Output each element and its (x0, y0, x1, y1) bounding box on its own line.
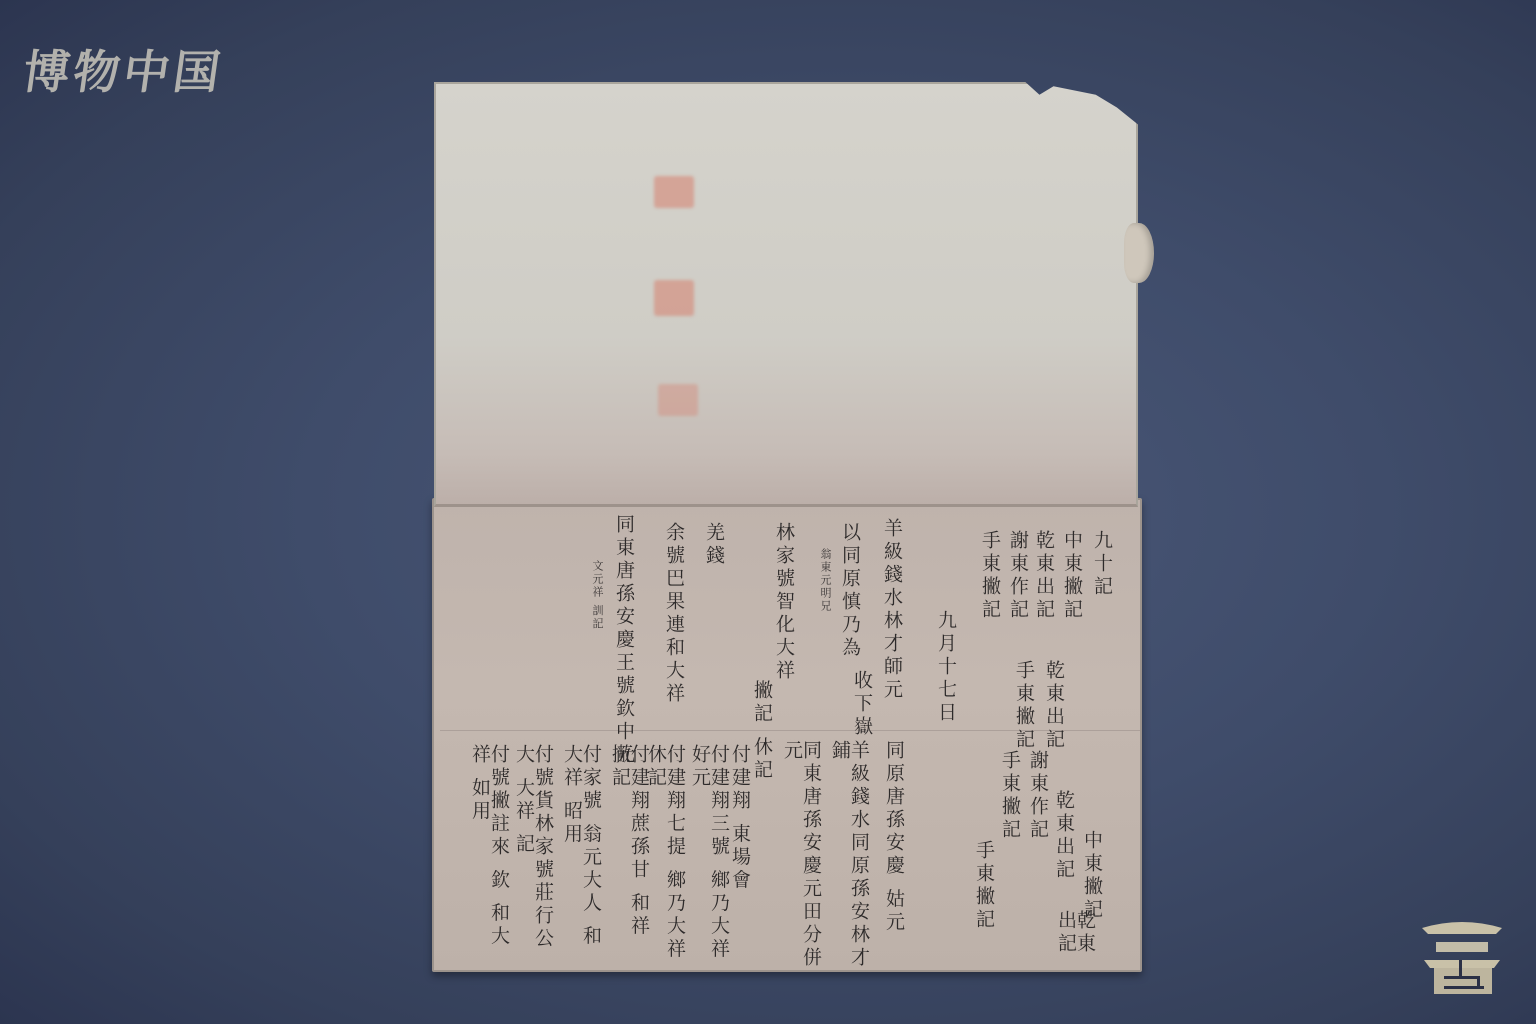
ledger-entry: 手東撇記 (980, 530, 999, 622)
ledger-entry: 同原唐孫安慶 姑元 (884, 740, 903, 934)
ledger-entry: 同東唐孫安慶王號欽中元 (614, 514, 633, 767)
watermark-brand: 博物中国 (19, 36, 228, 102)
ledger-entry: 手東撇記 (974, 840, 993, 932)
ledger-entry: 乾東出記 (1056, 910, 1094, 970)
ledger-entry: 林家號智化大祥 (774, 522, 793, 683)
upper-folded-page (434, 82, 1138, 507)
ledger-entry: 付建翔 東場會 (730, 744, 749, 892)
ledger-entry: 謝東作記 (1008, 530, 1027, 622)
ledger-entry: 手東撇記 (1000, 750, 1019, 842)
ledger-entry: 余號巴果連和大祥 (664, 522, 683, 706)
ledger-entry: 乾東出記 (1044, 660, 1063, 752)
ledger-book: 九十記 中東撇記 乾東出記 謝東作記 手東撇記 乾東出記 手東撇記 九月十七日 … (428, 78, 1144, 978)
ledger-entry: 羊級錢水林才師元 (882, 518, 901, 702)
ledger-entry: 九十記 (1092, 530, 1111, 599)
ledger-entry: 付號貨林家號莊行公大 大祥 記 (514, 744, 552, 970)
ledger-entry: 九月十七日 (936, 610, 955, 725)
ledger-entry: 乾東出記 (1054, 790, 1073, 882)
ledger-entry: 文元祥 訓記 (592, 560, 603, 631)
ledger-entry: 付建翔三號 鄉乃大祥 好元 (690, 744, 728, 970)
ledger-entry: 付建翔七提 鄉乃大祥 休記 (646, 744, 684, 970)
page-fold-line (440, 730, 1140, 731)
ledger-entry: 同東唐孫安慶元田分併元 (782, 740, 820, 970)
ledger-entry: 手東撇記 (1014, 660, 1033, 752)
ledger-entry: 以同原慎乃為 (840, 522, 859, 660)
ledger-entry: 撇記 休記 (752, 680, 771, 782)
ledger-entry: 付家號 翁元大人 和大祥 昭用 (562, 744, 600, 970)
lower-open-page: 九十記 中東撇記 乾東出記 謝東作記 手東撇記 乾東出記 手東撇記 九月十七日 … (432, 498, 1142, 972)
ledger-entry: 付號撇註來 欽 和大祥 如用 (470, 744, 508, 970)
red-seal-stamp (654, 176, 694, 208)
red-seal-stamp (654, 280, 694, 316)
ledger-entry: 翁東元明兄 (820, 548, 831, 613)
red-seal-stamp (658, 384, 698, 416)
ledger-entry: 謝東作記 (1028, 750, 1047, 842)
ledger-entry: 付建翔蔗孫甘 和祥 撇記 (610, 744, 648, 970)
ledger-entry: 羌錢 (704, 522, 723, 568)
ledger-entry: 收下嶽 (852, 670, 871, 739)
pavilion-logo-icon (1416, 914, 1508, 996)
ledger-entry: 羊級錢水同原孫安林才鋪 (830, 740, 868, 970)
torn-paper-flap (1124, 223, 1154, 283)
ledger-entry: 中東撇記 (1062, 530, 1081, 622)
ledger-entry: 中東撇記 (1082, 830, 1101, 922)
ledger-entry: 乾東出記 (1034, 530, 1053, 622)
